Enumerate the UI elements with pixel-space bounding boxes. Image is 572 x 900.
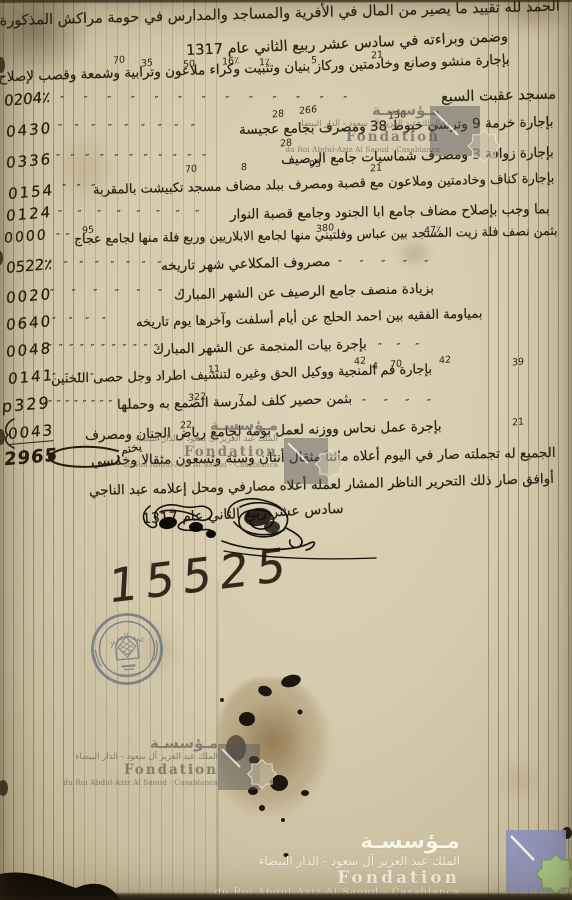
scan-corner-layer	[0, 0, 572, 900]
scan-corner-shadow	[0, 873, 120, 900]
manuscript-page: الحمد لله تقييد ما يصير من المال في الأف…	[0, 0, 572, 900]
